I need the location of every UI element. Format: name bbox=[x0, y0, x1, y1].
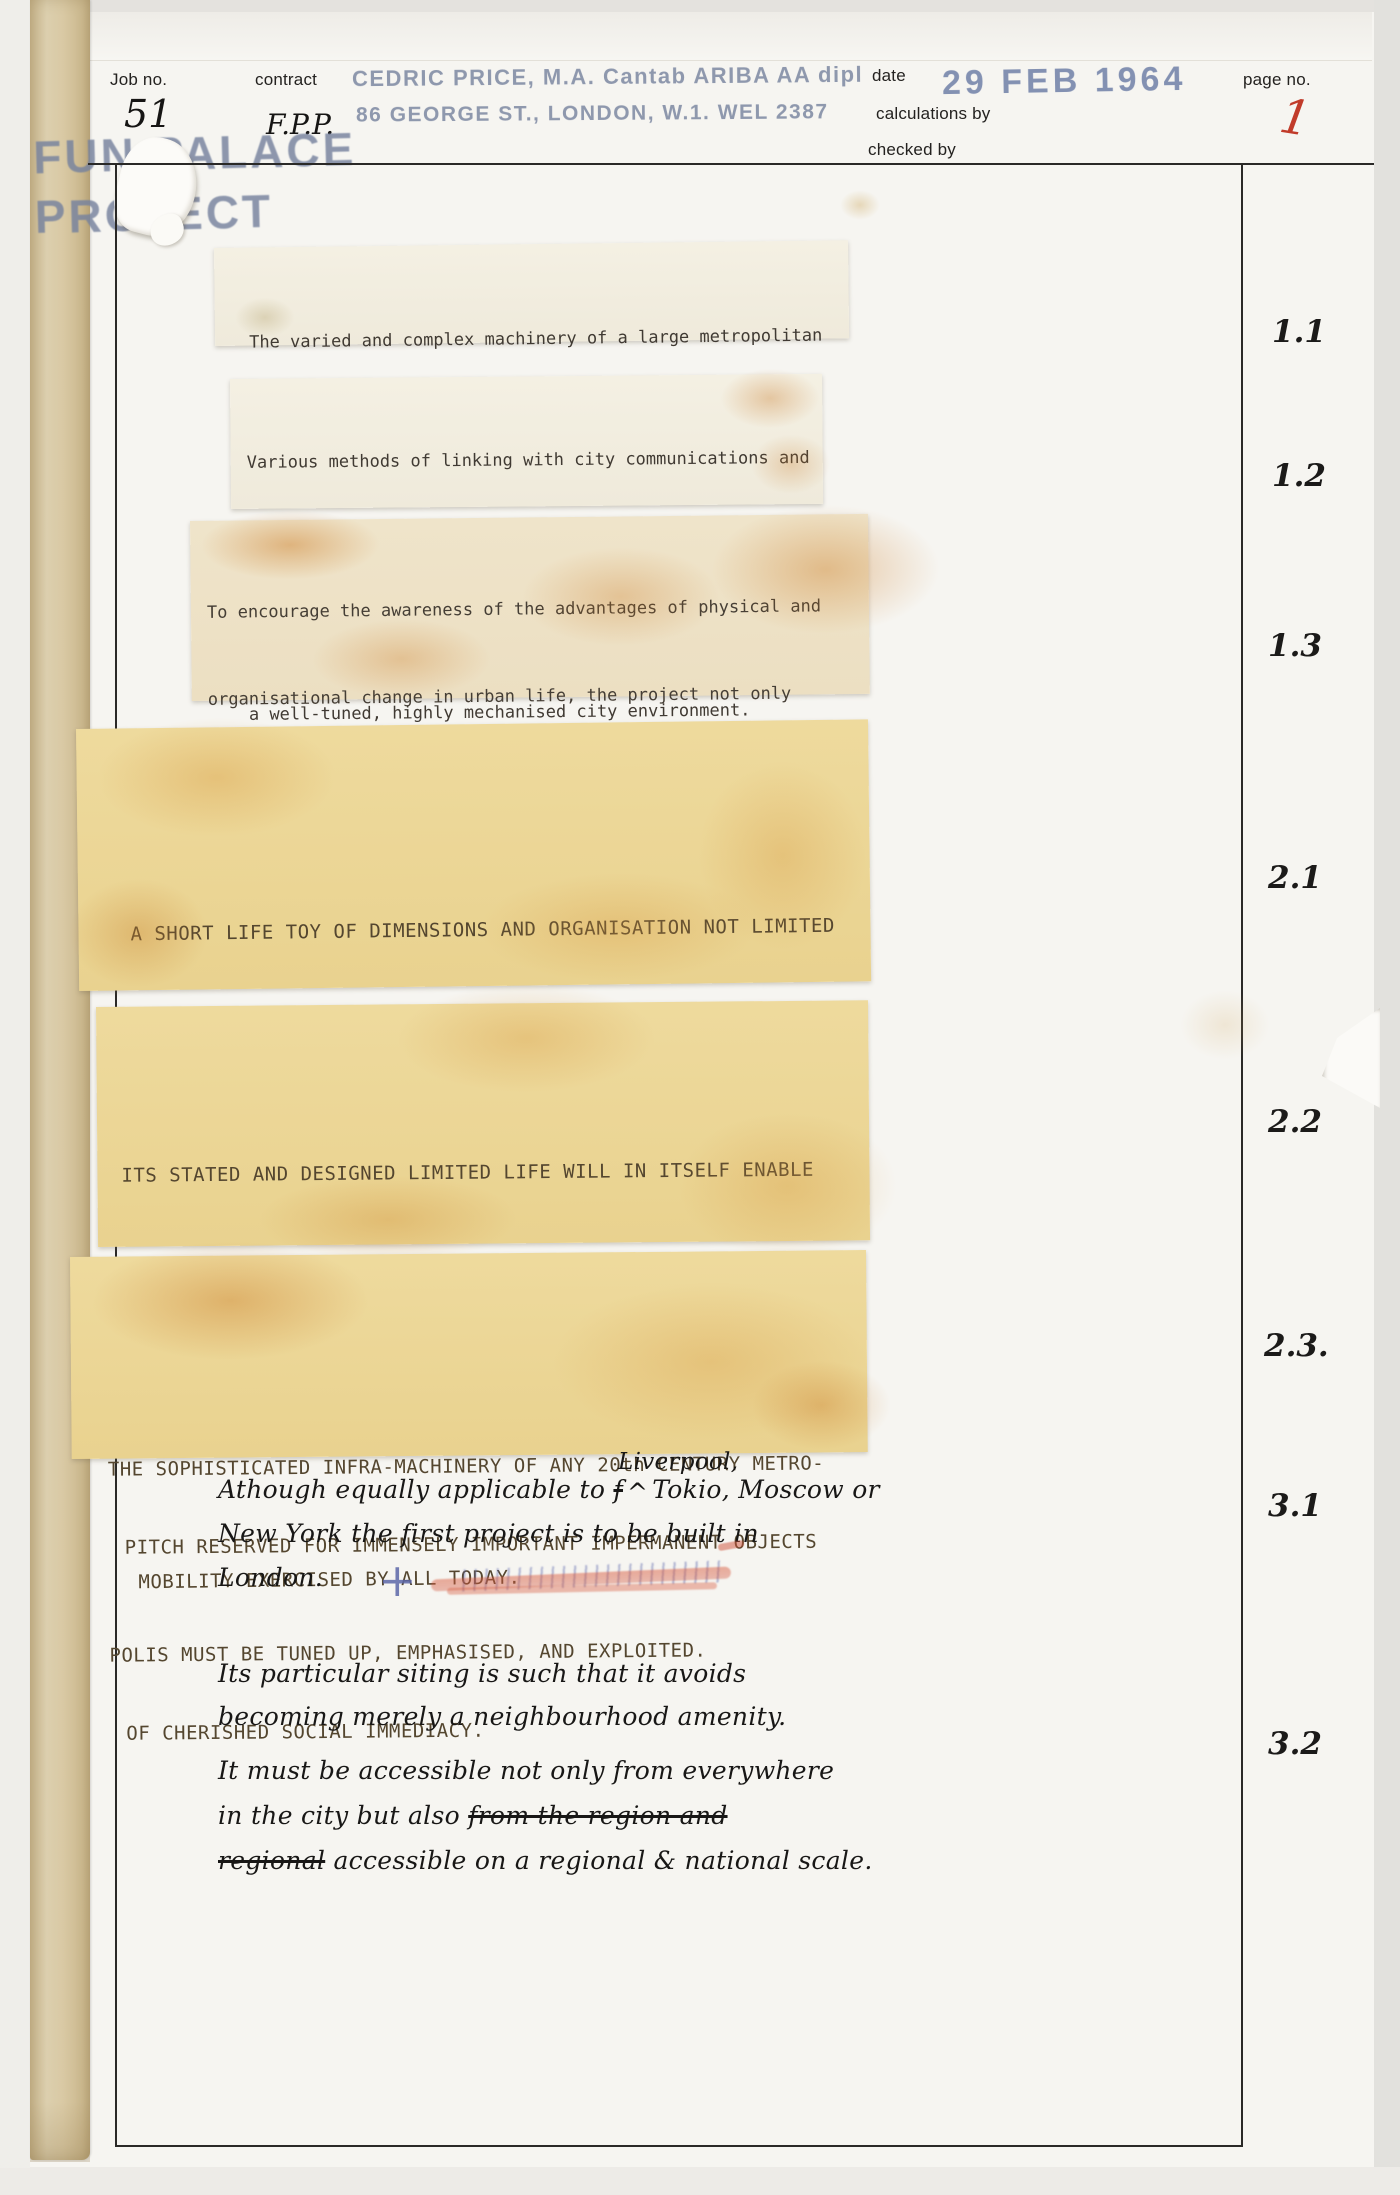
scanned-document-page: Job no. 51 contract CEDRIC PRICE, M.A. C… bbox=[0, 0, 1400, 2195]
ruled-line-bottom bbox=[115, 2145, 1243, 2147]
tape-binding-strip bbox=[30, 0, 90, 2160]
typed-line: Various methods of linking with city com… bbox=[247, 444, 823, 477]
header-paper-sheen bbox=[90, 12, 1372, 61]
typed-strip-1-1: The varied and complex machinery of a la… bbox=[214, 240, 849, 346]
typed-line: To encourage the awareness of the advant… bbox=[207, 592, 869, 628]
plus-mark: + bbox=[378, 1558, 417, 1602]
stain bbox=[550, 1280, 871, 1443]
margin-number-2-3: 2.3. bbox=[1264, 1328, 1329, 1364]
handwritten-line: New York the first project is to be buil… bbox=[218, 1512, 898, 1556]
handwritten-struck-text: from the region and bbox=[468, 1801, 727, 1830]
handwritten-text: accessible on a regional & national scal… bbox=[333, 1846, 872, 1875]
typed-line: ITS STATED AND DESIGNED LIMITED LIFE WIL… bbox=[121, 1138, 870, 1207]
margin-number-3-2: 3.2 bbox=[1268, 1726, 1322, 1762]
margin-number-2-2: 2.2 bbox=[1268, 1104, 1322, 1140]
margin-number-1-2: 1.2 bbox=[1272, 458, 1326, 494]
typed-line: organisational change in urban life, the… bbox=[208, 679, 870, 715]
scribble-crossed-out bbox=[431, 1563, 731, 1597]
margin-number-1-3: 1.3 bbox=[1268, 628, 1322, 664]
calculations-by-label: calculations by bbox=[876, 104, 991, 124]
date-stamp: 29 FEB 1964 bbox=[942, 60, 1187, 103]
handwritten-line: regional accessible on a regional & nati… bbox=[218, 1838, 898, 1883]
stamp-line2: PROJECT bbox=[34, 182, 358, 244]
handwritten-struck-text: regional bbox=[218, 1846, 325, 1875]
stain bbox=[720, 368, 821, 429]
typed-strip-2-3: THE SOPHISTICATED INFRA-MACHINERY OF ANY… bbox=[70, 1250, 868, 1459]
checked-by-label: checked by bbox=[868, 140, 956, 160]
typed-strip-1-3: To encourage the awareness of the advant… bbox=[190, 514, 870, 701]
typed-strip-2-1: A SHORT LIFE TOY OF DIMENSIONS AND ORGAN… bbox=[76, 719, 871, 991]
handwritten-line: Athough equally applicable to f^Tokio, M… bbox=[218, 1468, 898, 1512]
stain bbox=[90, 1239, 371, 1361]
margin-number-1-1: 1.1 bbox=[1272, 314, 1326, 350]
handwritten-text: London. bbox=[218, 1563, 323, 1592]
date-label: date bbox=[872, 66, 906, 86]
typed-line: A SHORT LIFE TOY OF DIMENSIONS AND ORGAN… bbox=[130, 889, 871, 970]
caret-mark: ^ bbox=[627, 1471, 648, 1515]
contract-stamp-line1: CEDRIC PRICE, M.A. Cantab ARIBA AA dipl bbox=[352, 62, 863, 92]
handwritten-note-3-2b: It must be accessible not only from ever… bbox=[218, 1748, 898, 1883]
handwritten-line: London.+ bbox=[218, 1556, 898, 1602]
typed-strip-2-2: ITS STATED AND DESIGNED LIMITED LIFE WIL… bbox=[96, 1000, 870, 1247]
ruled-line-right-margin bbox=[1241, 163, 1243, 2147]
handwritten-line: in the city but also from the region and bbox=[218, 1793, 898, 1838]
page-no-label: page no. bbox=[1243, 70, 1311, 90]
margin-number-2-1: 2.1 bbox=[1268, 860, 1322, 896]
handwritten-line: Its particular siting is such that it av… bbox=[218, 1652, 858, 1695]
handwritten-text: Athough equally applicable to bbox=[218, 1475, 605, 1504]
typed-strip-1-2: Various methods of linking with city com… bbox=[230, 374, 823, 509]
handwritten-text: in the city but also bbox=[218, 1801, 460, 1830]
handwritten-line: It must be accessible not only from ever… bbox=[218, 1748, 898, 1793]
stain bbox=[200, 509, 381, 581]
scan-edge-left bbox=[0, 0, 30, 2168]
handwritten-line: becoming merely a neighbourhood amenity. bbox=[218, 1695, 858, 1738]
job-no-label: Job no. bbox=[110, 70, 167, 90]
ruled-line-header bbox=[88, 163, 1374, 165]
handwritten-note-3-2a: Its particular siting is such that it av… bbox=[218, 1652, 858, 1738]
scan-edge-top bbox=[0, 0, 1400, 12]
typed-line: The varied and complex machinery of a la… bbox=[249, 320, 849, 357]
torn-page-edge bbox=[1322, 1008, 1380, 1108]
stain bbox=[96, 716, 337, 839]
stain bbox=[840, 190, 880, 220]
stain bbox=[1180, 990, 1270, 1060]
contract-label: contract bbox=[255, 70, 317, 90]
page-no-value: 1 bbox=[1276, 88, 1315, 148]
handwritten-note-3-1: Liverpool, Athough equally applicable to… bbox=[218, 1468, 898, 1602]
margin-number-3-1: 3.1 bbox=[1268, 1488, 1322, 1524]
contract-stamp-line2: 86 GEORGE ST., LONDON, W.1. WEL 2387 bbox=[356, 100, 829, 127]
scan-edge-bottom bbox=[0, 2167, 1400, 2195]
